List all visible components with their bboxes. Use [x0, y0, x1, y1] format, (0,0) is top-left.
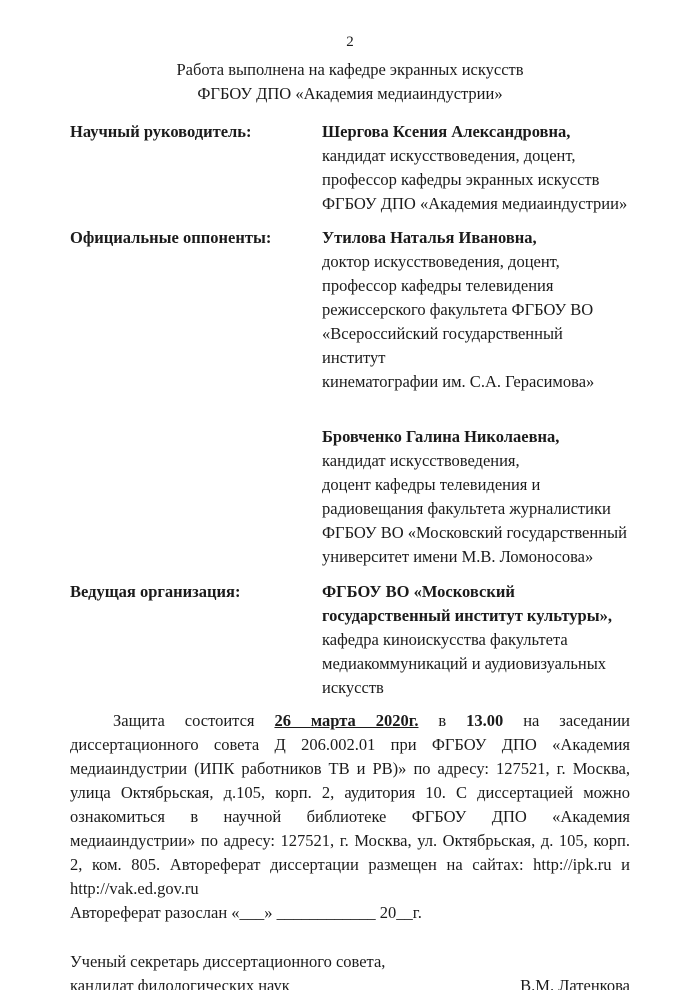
opponent-first-line: режиссерского факультета ФГБОУ ВО	[322, 298, 630, 322]
supervisor-section: Научный руководитель: Шергова Ксения Але…	[70, 120, 630, 216]
defense-mid: в	[418, 711, 466, 730]
supervisor-value: Шергова Ксения Александровна, кандидат и…	[322, 120, 630, 216]
opponent-first-line: профессор кафедры телевидения	[322, 274, 630, 298]
footer-signature-row: кандидат филологических наук В.М. Латенк…	[70, 974, 630, 990]
opponent-first: Утилова Наталья Ивановна, доктор искусст…	[322, 226, 630, 394]
opponent-second-name: Бровченко Галина Николаевна,	[322, 425, 630, 449]
defense-intro: Защита состоится	[113, 711, 274, 730]
leading-org-value: ФГБОУ ВО «Московский государственный инс…	[322, 580, 630, 700]
supervisor-label: Научный руководитель:	[70, 120, 322, 144]
abstract-mailed-line: Автореферат разослан «___» ____________ …	[70, 901, 630, 925]
document-page: 2 Работа выполнена на кафедре экранных и…	[0, 0, 700, 990]
opponent-second-line: университет имени М.В. Ломоносова»	[322, 545, 630, 569]
opponent-first-line: кинематографии им. С.А. Герасимова»	[322, 370, 630, 394]
opponents-value: Утилова Наталья Ивановна, доктор искусст…	[322, 226, 630, 569]
supervisor-name: Шергова Ксения Александровна,	[322, 120, 630, 144]
opponents-section: Официальные оппоненты: Утилова Наталья И…	[70, 226, 630, 569]
leading-org-line: медиакоммуникаций и аудиовизуальных	[322, 652, 630, 676]
opponents-label: Официальные оппоненты:	[70, 226, 322, 250]
defense-date: 26 марта 2020г.	[274, 711, 418, 730]
opponent-second-line: доцент кафедры телевидения и	[322, 473, 630, 497]
defense-paragraph: Защита состоится 26 марта 2020г. в 13.00…	[70, 709, 630, 901]
footer-secretary-line: Ученый секретарь диссертационного совета…	[70, 950, 630, 974]
defense-url-ipk: http://ipk.ru	[533, 855, 611, 874]
signature-name: В.М. Латенкова	[520, 974, 630, 990]
opponent-second-line: ФГБОУ ВО «Московский государственный	[322, 521, 630, 545]
leading-org-name-line: государственный институт культуры»,	[322, 604, 630, 628]
supervisor-line: кандидат искусствоведения, доцент,	[322, 144, 630, 168]
page-number: 2	[70, 30, 630, 54]
defense-url-vak: http://vak.ed.gov.ru	[70, 879, 199, 898]
defense-rest: на заседании диссертационного совета Д 2…	[70, 711, 630, 874]
document-header: Работа выполнена на кафедре экранных иск…	[70, 58, 630, 106]
leading-org-section: Ведущая организация: ФГБОУ ВО «Московски…	[70, 580, 630, 700]
opponent-second-line: радиовещания факультета журналистики	[322, 497, 630, 521]
defense-conj: и	[612, 855, 630, 874]
opponent-second-line: кандидат искусствоведения,	[322, 449, 630, 473]
opponent-first-line: доктор искусствоведения, доцент,	[322, 250, 630, 274]
leading-org-label: Ведущая организация:	[70, 580, 322, 604]
opponent-first-line: «Всероссийский государственный институт	[322, 322, 630, 370]
footer: Ученый секретарь диссертационного совета…	[70, 950, 630, 990]
opponent-second: Бровченко Галина Николаевна, кандидат ис…	[322, 425, 630, 569]
footer-degree-line: кандидат филологических наук	[70, 974, 290, 990]
header-line-2: ФГБОУ ДПО «Академия медиаиндустрии»	[70, 82, 630, 106]
header-line-1: Работа выполнена на кафедре экранных иск…	[70, 58, 630, 82]
opponent-first-name: Утилова Наталья Ивановна,	[322, 226, 630, 250]
leading-org-line: кафедра киноискусства факультета	[322, 628, 630, 652]
leading-org-name-line: ФГБОУ ВО «Московский	[322, 580, 630, 604]
leading-org-line: искусств	[322, 676, 630, 700]
supervisor-line: ФГБОУ ДПО «Академия медиаиндустрии»	[322, 192, 630, 216]
supervisor-line: профессор кафедры экранных искусств	[322, 168, 630, 192]
defense-time: 13.00	[466, 711, 503, 730]
